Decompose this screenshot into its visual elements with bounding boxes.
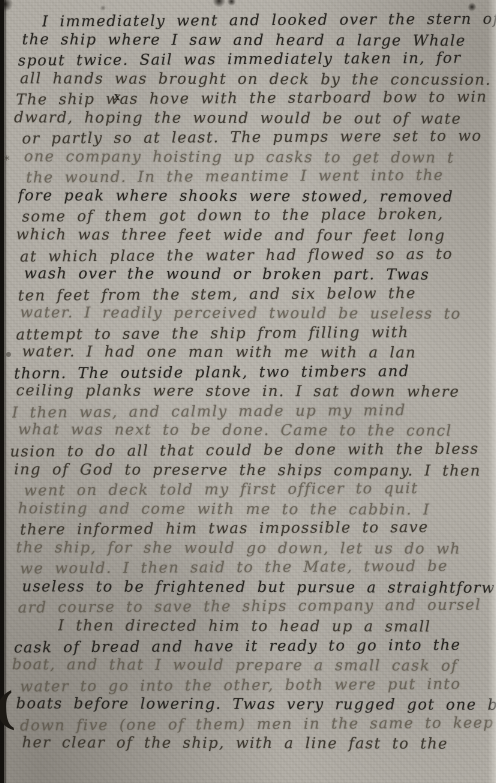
manuscript-line: dward, hoping the wound would be out of … (14, 108, 496, 129)
manuscript-line: cask of bread and have it ready to go in… (14, 635, 496, 657)
manuscript-line: water. I readily perceived twould be use… (20, 303, 496, 324)
manuscript-line: there informed him twas impossible to sa… (20, 518, 496, 540)
manuscript-line: we would. I then said to the Mate, twoud… (20, 557, 496, 579)
ink-smudge (227, 0, 236, 6)
manuscript-line: at which place the water had flowed so a… (20, 244, 496, 266)
manuscript-line: the ship where I saw and heard a large W… (22, 30, 496, 51)
manuscript-line: ing of God to preserve the ships company… (14, 460, 496, 481)
manuscript-line: water to go into the other, both were pu… (20, 674, 496, 696)
manuscript-line: ceiling planks were stove in. I sat down… (16, 382, 496, 403)
scan-edge-right (488, 0, 496, 783)
manuscript-line: The ship was hove with the starboard bow… (16, 88, 496, 110)
manuscript-line: down five (one of them) men in the same … (20, 713, 496, 735)
manuscript-line: all hands was brought on deck by the con… (20, 69, 496, 90)
ink-smudge (468, 2, 476, 12)
manuscript-line: ten feet from the stem, and six below th… (18, 283, 496, 305)
manuscript-line: I then directed him to head up a small (58, 616, 496, 637)
manuscript-line: ard course to save the ships company and… (18, 596, 496, 618)
insertion-caret-mark: x (113, 90, 121, 104)
manuscript-line: attempt to save the ship from filling wi… (16, 322, 496, 344)
manuscript-line: some of them got down to the place broke… (22, 205, 496, 227)
manuscript-line: what was next to be done. Came to the co… (18, 421, 496, 442)
manuscript-line: went on deck told my first officer to qu… (24, 479, 496, 501)
scan-edge-left (0, 0, 7, 783)
manuscript-line: usion to do all that could be done with … (10, 440, 496, 463)
margin-dot-mark (6, 352, 11, 357)
margin-star-mark: * (4, 154, 10, 167)
manuscript-line: wash over the wound or broken part. Twas (24, 264, 496, 285)
manuscript-text-block: I immediately went and looked over the s… (0, 11, 496, 754)
manuscript-line: hoisting and come with me to the cabbin.… (18, 499, 496, 520)
manuscript-line: boats before lowering. Twas very rugged … (16, 694, 496, 715)
manuscript-line: or partly so at least. The pumps were se… (22, 127, 496, 149)
manuscript-line: her clear of the ship, with a line fast … (22, 733, 496, 754)
manuscript-line: one company hoisting up casks to get dow… (24, 147, 496, 168)
ink-smudge (212, 0, 226, 7)
manuscript-page: I immediately went and looked over the s… (0, 0, 496, 783)
manuscript-line: the wound. In the meantime I went into t… (26, 166, 496, 188)
manuscript-line: I immediately went and looked over the s… (42, 10, 496, 32)
manuscript-line: water. I had one man with me with a lan (22, 343, 496, 364)
manuscript-line: which was three feet wide and four feet … (16, 225, 496, 246)
manuscript-line: the ship, for she would go down, let us … (16, 538, 496, 559)
ink-smudge (100, 5, 106, 11)
manuscript-line: spout twice. Sail was immediately taken … (18, 49, 496, 71)
manuscript-line: boat, and that I would prepare a small c… (12, 655, 496, 676)
